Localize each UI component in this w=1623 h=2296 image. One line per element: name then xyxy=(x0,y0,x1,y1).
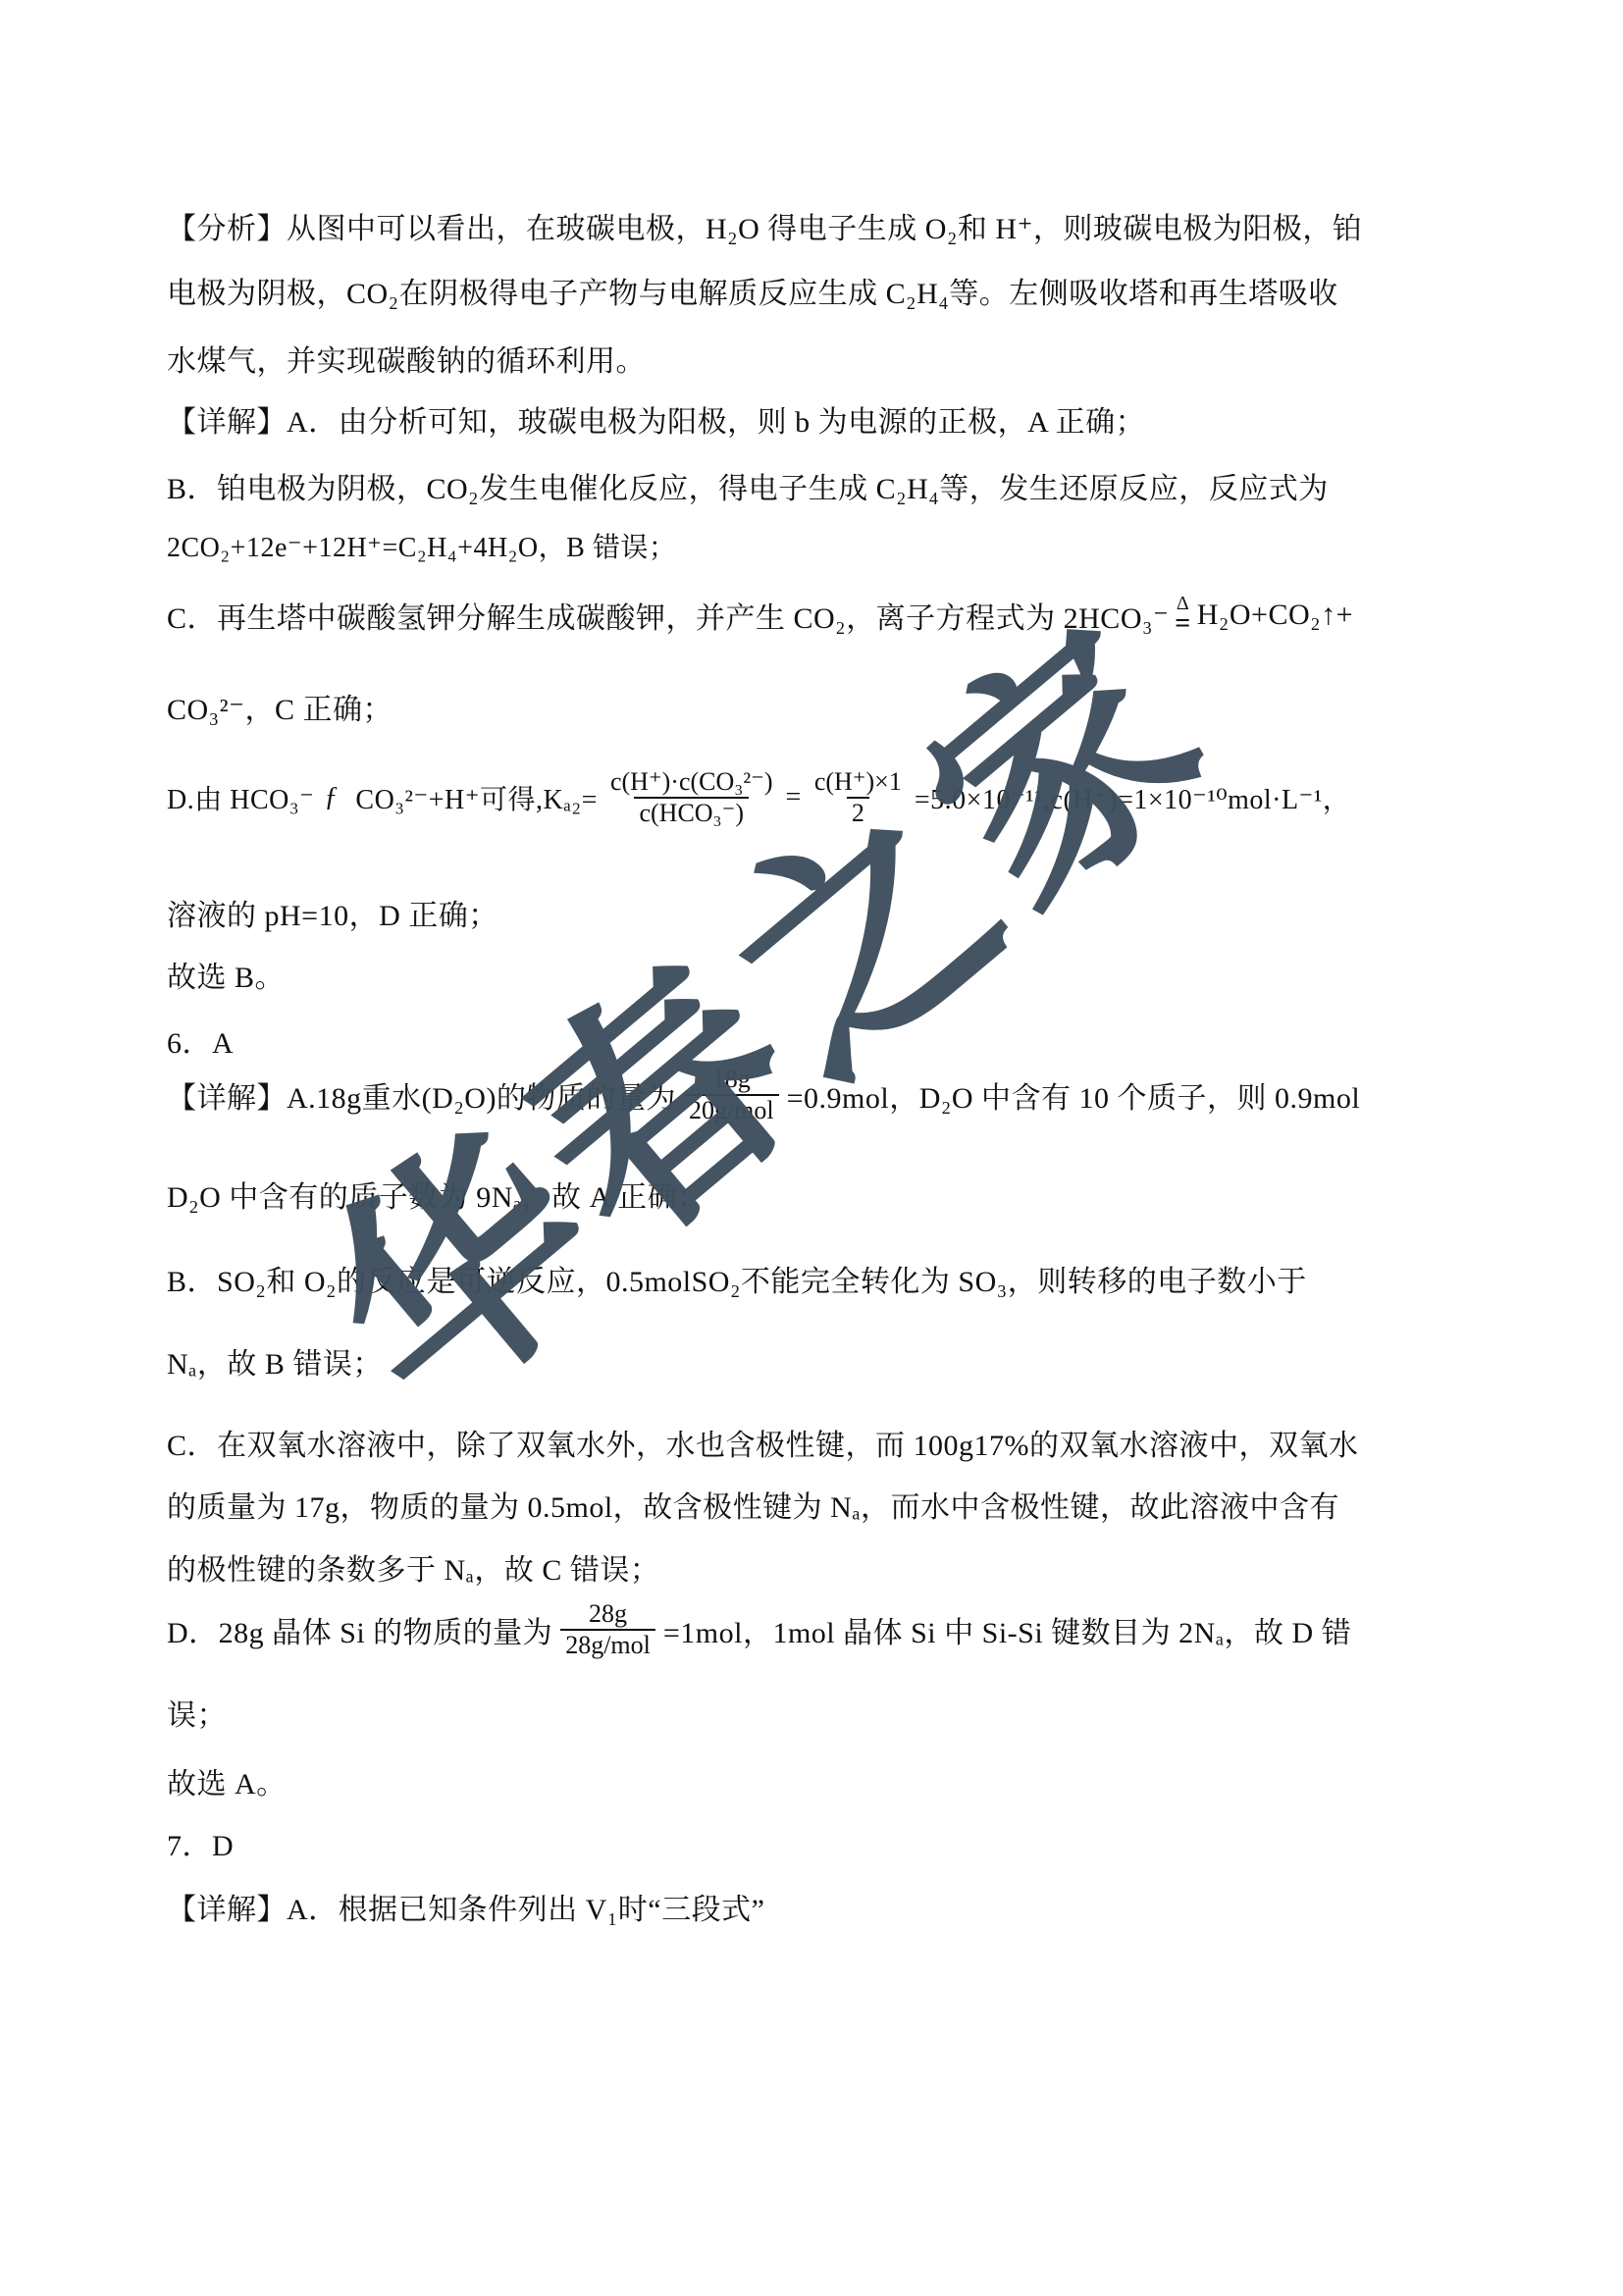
line-detail6-option-a-2: D₂O 中含有的质子数为 9Nₐ，故 A 正确； xyxy=(167,1173,707,1216)
detail6-option-d-p1: D．28g 晶体 Si 的物质的量为 xyxy=(167,1608,552,1651)
detail5-option-d-p1: D.由 HCO₃⁻ xyxy=(167,778,314,817)
analysis-text-2: 电极为阴极，CO₂在阴极得电子产物与电解质反应生成 C₂H₄等。左侧吸收塔和再生… xyxy=(167,269,1338,312)
line-detail6-option-c-1: C．在双氧水溶液中，除了双氧水外，水也含极性键，而 100g17%的双氧水溶液中… xyxy=(167,1421,1359,1464)
line-detail5-option-b-equation: 2CO₂+12e⁻+12H⁺=C₂H₄+4H₂O，B 错误； xyxy=(167,526,676,565)
ka2-fraction: c(H⁺)·c(CO₃²⁻) c(HCO₃⁻) xyxy=(605,767,778,828)
ka2-fraction-2-numerator: c(H⁺)×1 xyxy=(810,767,907,797)
silicon-mole-fraction: 28g 28g/mol xyxy=(560,1599,655,1660)
watermark-label: 华春之家 xyxy=(241,529,1270,1472)
analysis-text-1: 【分析】从图中可以看出，在玻碳电极，H₂O 得电子生成 O₂和 H⁺，则玻碳电极… xyxy=(167,204,1362,247)
line-detail6-option-d-2: 误； xyxy=(167,1691,227,1734)
line-detail6-option-c-2: 的质量为 17g，物质的量为 0.5mol，故含极性键为 Nₐ，而水中含极性键，… xyxy=(167,1483,1339,1526)
line-detail5-option-d-equation: D.由 HCO₃⁻ ƒ CO₃²⁻+H⁺可得,Kₐ₂= c(H⁺)·c(CO₃²… xyxy=(167,767,1350,828)
document-page: 【分析】从图中可以看出，在玻碳电极，H₂O 得电子生成 O₂和 H⁺，则玻碳电极… xyxy=(0,0,1623,2296)
ka2-fraction-denominator: c(HCO₃⁻) xyxy=(634,797,749,828)
line-detail5-option-d-2: 溶液的 pH=10，D 正确； xyxy=(167,891,498,934)
line-detail6-option-c-3: 的极性键的条数多于 Nₐ，故 C 错误； xyxy=(167,1545,659,1589)
analysis-text-3: 水煤气，并实现碳酸钠的循环利用。 xyxy=(167,337,646,380)
answer-5-text: 故选 B。 xyxy=(167,953,285,996)
detail6-option-c-text-3: 的极性键的条数多于 Nₐ，故 C 错误； xyxy=(167,1545,659,1589)
proton-count-text: D₂O 中含有的质子数为 9Nₐ，故 A 正确； xyxy=(167,1173,707,1216)
line-detail5-option-c: C．再生塔中碳酸氢钾分解生成碳酸钾，并产生 CO₂，离子方程式为 2HCO₃⁻ … xyxy=(167,594,1353,637)
detail5-option-a-text: 【详解】A．由分析可知，玻碳电极为阳极，则 b 为电源的正极，A 正确； xyxy=(167,397,1145,441)
detail5-option-c-pre: C．再生塔中碳酸氢钾分解生成碳酸钾，并产生 CO₂，离子方程式为 2HCO₃⁻ xyxy=(167,594,1169,637)
detail5-option-d-p3: =5.0×10⁻¹¹,c(H⁺)=1×10⁻¹⁰mol·L⁻¹， xyxy=(915,778,1350,817)
ph-conclusion-text: 溶液的 pH=10，D 正确； xyxy=(167,891,498,934)
line-detail7-option-a: 【详解】A．根据已知条件列出 V₁时“三段式” xyxy=(167,1885,764,1928)
detail6-option-c-text-2: 的质量为 17g，物质的量为 0.5mol，故含极性键为 Nₐ，而水中含极性键，… xyxy=(167,1483,1339,1526)
line-analysis-3: 水煤气，并实现碳酸钠的循环利用。 xyxy=(167,337,646,380)
carbonate-ion-text: CO₃²⁻，C 正确； xyxy=(167,685,393,728)
detail6-option-c-text-1: C．在双氧水溶液中，除了双氧水外，水也含极性键，而 100g17%的双氧水溶液中… xyxy=(167,1421,1359,1464)
detail6-option-a-p2: =0.9mol，D₂O 中含有 10 个质子，则 0.9mol xyxy=(787,1073,1361,1117)
heavy-water-mole-fraction: 18g 20g/mol xyxy=(684,1065,779,1125)
avogadro-conclusion-text: Nₐ，故 B 错误； xyxy=(167,1339,383,1383)
silicon-fraction-numerator: 28g xyxy=(584,1599,632,1629)
heavy-water-fraction-denominator: 20g/mol xyxy=(684,1094,779,1125)
ka2-fraction-2: c(H⁺)×1 2 xyxy=(810,767,907,828)
detail5-option-c-post: H₂O+CO₂↑+ xyxy=(1197,599,1353,632)
detail6-option-b-text: B．SO₂和 O₂的反应是可逆反应，0.5molSO₂不能完全转化为 SO₃，则… xyxy=(167,1257,1307,1300)
line-analysis-2: 电极为阴极，CO₂在阴极得电子产物与电解质反应生成 C₂H₄等。左侧吸收塔和再生… xyxy=(167,269,1338,312)
line-question-7-answer: 7．D xyxy=(167,1821,234,1864)
detail6-option-a-p1: 【详解】A.18g重水(D₂O)的物质的量为 xyxy=(167,1073,676,1117)
question-7-answer-text: 7．D xyxy=(167,1821,234,1864)
ka2-fraction-numerator: c(H⁺)·c(CO₃²⁻) xyxy=(605,767,778,797)
line-answer-6: 故选 A。 xyxy=(167,1759,287,1802)
detail5-option-d-p2: CO₃²⁻+H⁺可得,Kₐ₂= xyxy=(348,778,598,817)
detail5-option-b-text: B．铂电极为阴极，CO₂发生电催化反应，得电子生成 C₂H₄等，发生还原反应，反… xyxy=(167,464,1329,507)
detail6-option-d-p2: =1mol，1mol 晶体 Si 中 Si-Si 键数目为 2Nₐ，故 D 错 xyxy=(663,1608,1351,1651)
line-detail6-option-b-1: B．SO₂和 O₂的反应是可逆反应，0.5molSO₂不能完全转化为 SO₃，则… xyxy=(167,1257,1307,1300)
equals-sign-2: = xyxy=(786,782,802,813)
line-detail6-option-a: 【详解】A.18g重水(D₂O)的物质的量为 18g 20g/mol =0.9m… xyxy=(167,1065,1360,1125)
line-analysis-1: 【分析】从图中可以看出，在玻碳电极，H₂O 得电子生成 O₂和 H⁺，则玻碳电极… xyxy=(167,204,1362,247)
heavy-water-fraction-numerator: 18g xyxy=(707,1065,756,1094)
detail7-option-a-text: 【详解】A．根据已知条件列出 V₁时“三段式” xyxy=(167,1885,764,1928)
ka2-fraction-2-denominator: 2 xyxy=(847,797,869,828)
line-detail5-option-c-2: CO₃²⁻，C 正确； xyxy=(167,685,393,728)
line-detail5-option-a: 【详解】A．由分析可知，玻碳电极为阳极，则 b 为电源的正极，A 正确； xyxy=(167,397,1145,441)
silicon-fraction-denominator: 28g/mol xyxy=(560,1629,655,1660)
equals-sign: = xyxy=(1175,612,1190,636)
answer-6-text: 故选 A。 xyxy=(167,1759,287,1802)
electrode-equation-text: 2CO₂+12e⁻+12H⁺=C₂H₄+4H₂O，B 错误； xyxy=(167,526,676,565)
line-detail6-option-d: D．28g 晶体 Si 的物质的量为 28g 28g/mol =1mol，1mo… xyxy=(167,1599,1351,1660)
line-question-6-answer: 6．A xyxy=(167,1018,234,1062)
line-detail6-option-b-2: Nₐ，故 B 错误； xyxy=(167,1339,383,1383)
question-6-answer-text: 6．A xyxy=(167,1018,234,1062)
reversible-symbol: ƒ xyxy=(314,782,348,813)
delta-equals-symbol: Δ = xyxy=(1175,596,1190,636)
line-answer-5: 故选 B。 xyxy=(167,953,285,996)
detail6-option-d-tail: 误； xyxy=(167,1691,227,1734)
line-detail5-option-b-1: B．铂电极为阴极，CO₂发生电催化反应，得电子生成 C₂H₄等，发生还原反应，反… xyxy=(167,464,1329,507)
